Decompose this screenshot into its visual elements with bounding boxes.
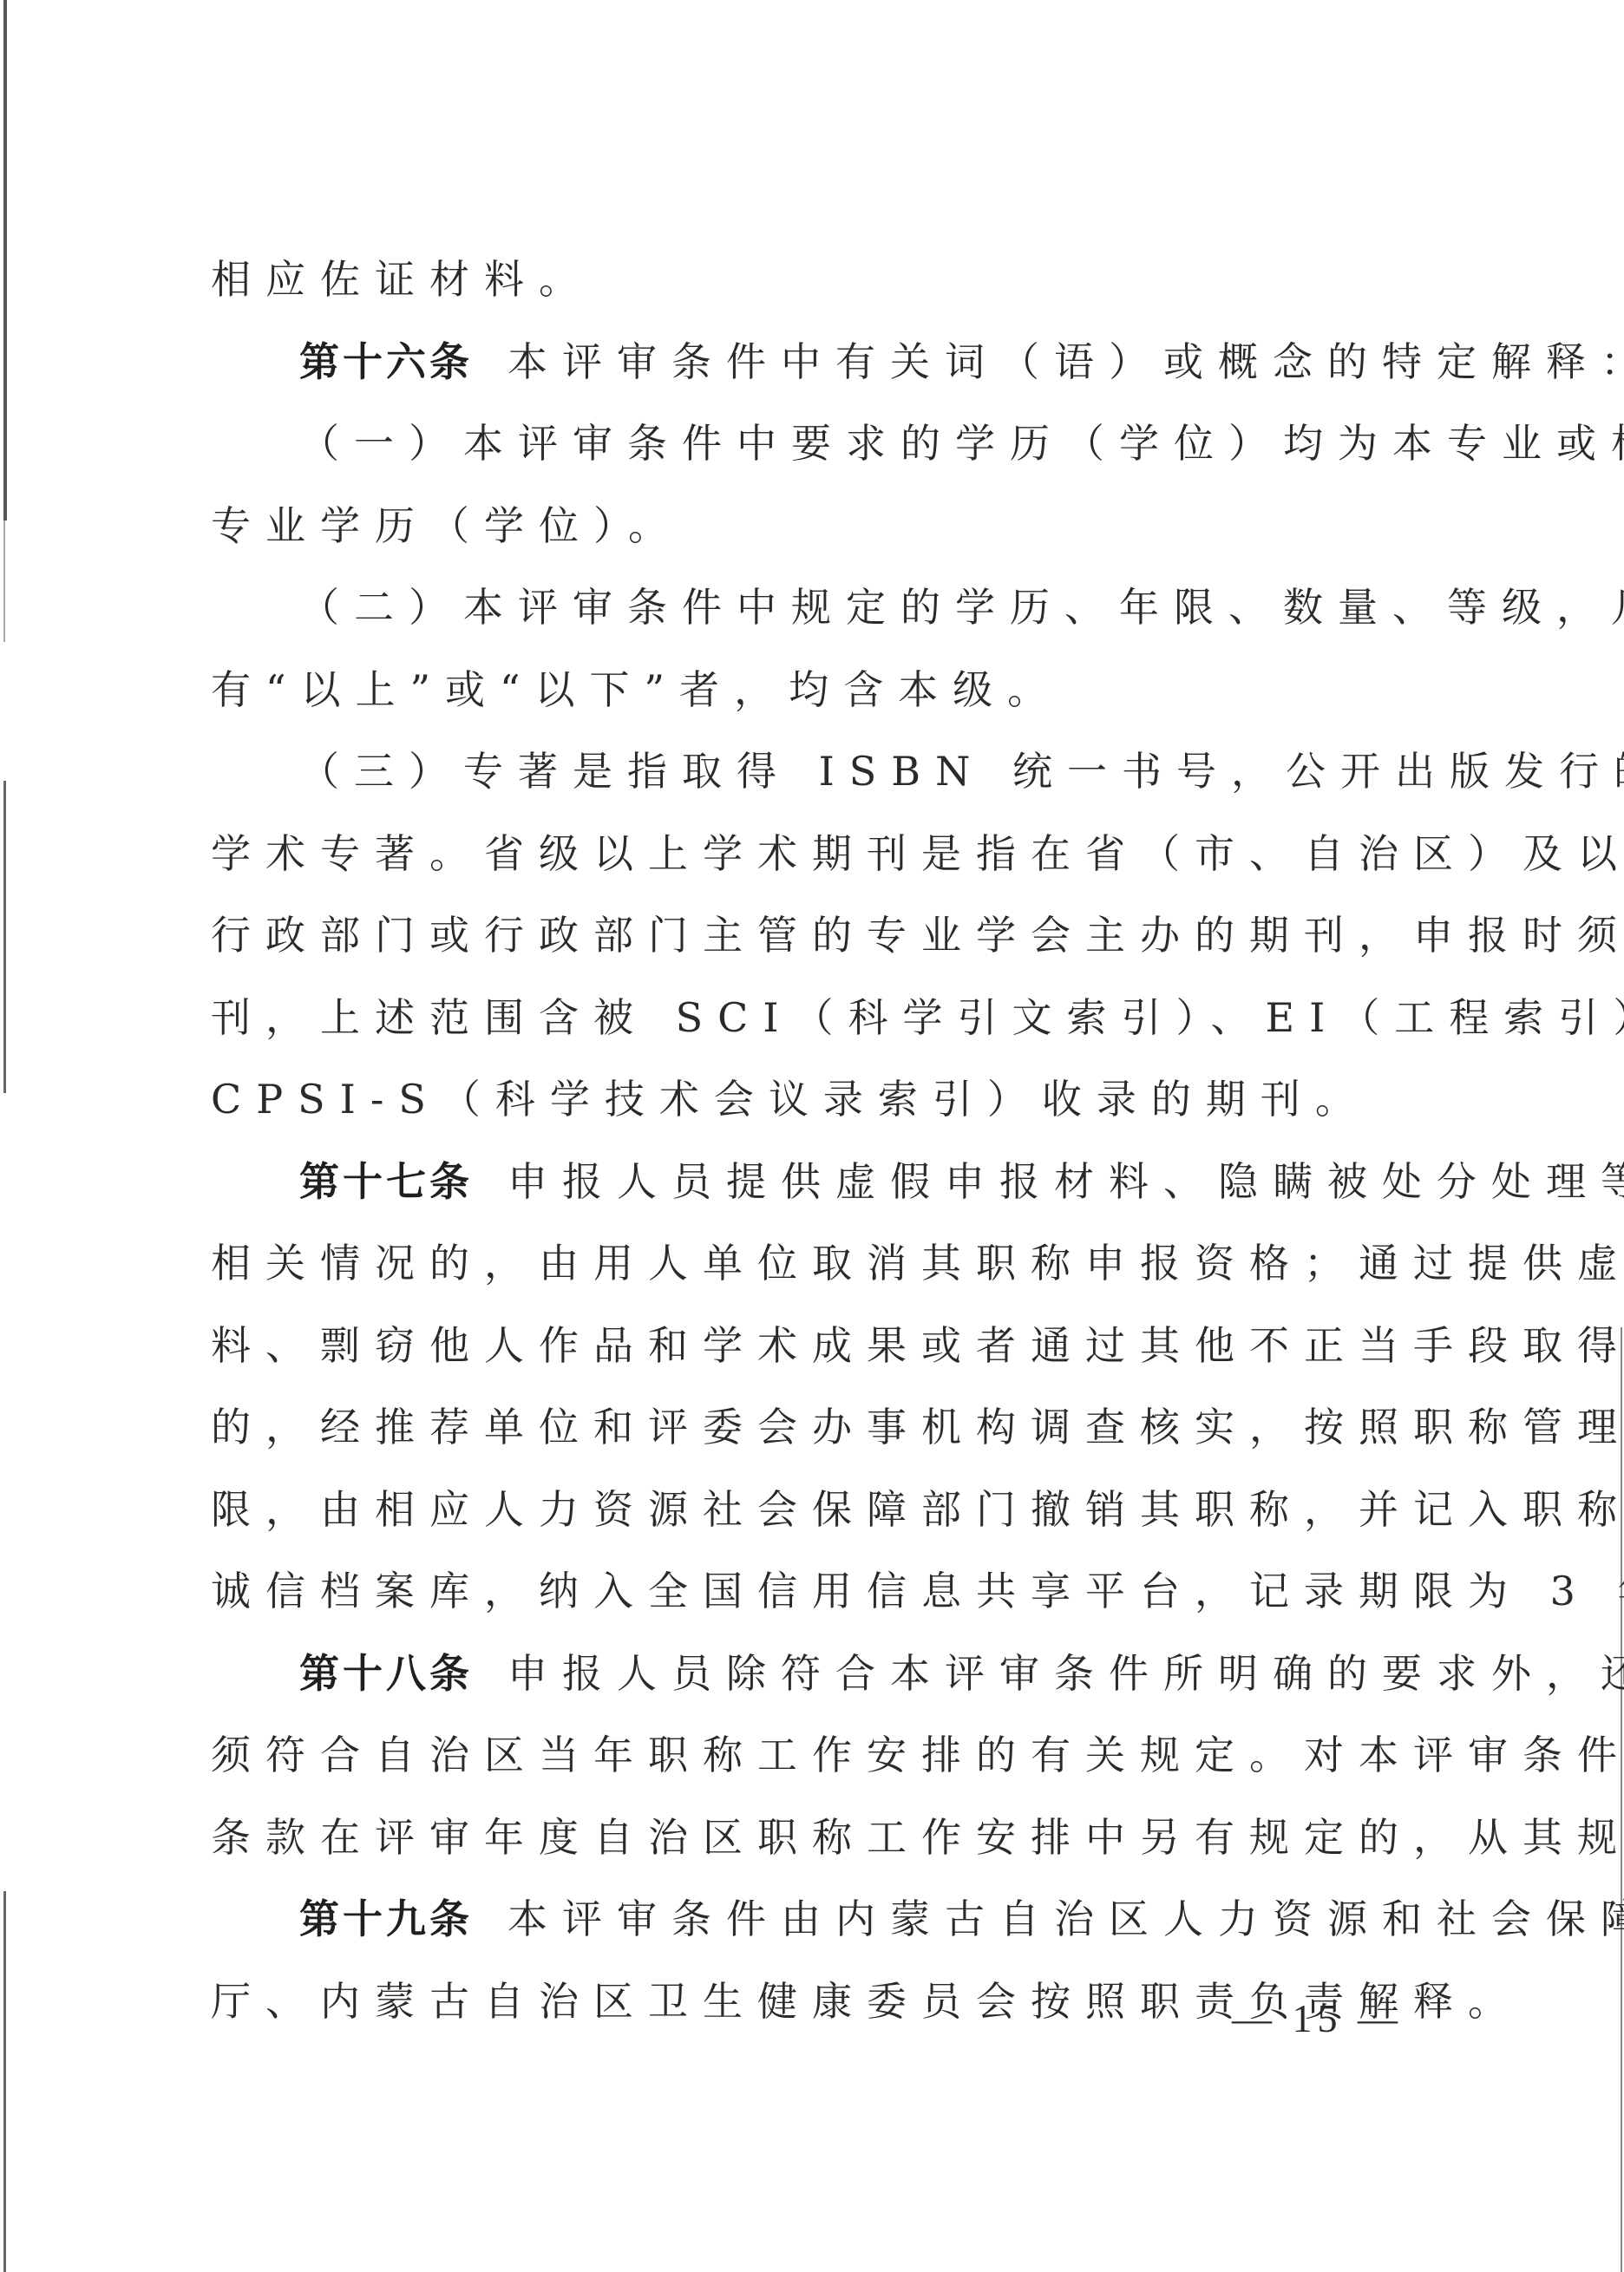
text-line: （三）专著是指取得 ISBN 统一书号，公开出版发行的专业 [211,743,1412,826]
line-text: 条款在评审年度自治区职称工作安排中另有规定的，从其规定。 [211,1814,1624,1861]
line-text: 申报人员除符合本评审条件所明确的要求外，还 [507,1650,1624,1697]
article-title: 第十八条 [299,1650,473,1697]
article-title: 第十七条 [299,1158,473,1205]
line-text: CPSI-S（科学技术会议录索引）收录的期刊。 [211,1076,1370,1123]
line-text: 相应佐证材料。 [211,256,593,303]
text-line: 行政部门或行政部门主管的专业学会主办的期刊，申报时须见 [211,907,1412,990]
text-line: 条款在评审年度自治区职称工作安排中另有规定的，从其规定。 [211,1810,1412,1892]
article-heading-line: 第十八条申报人员除符合本评审条件所明确的要求外，还 [211,1646,1412,1728]
line-text: （一）本评审条件中要求的学历（学位）均为本专业或相关 [299,420,1624,467]
article-heading-line: 第十九条本评审条件由内蒙古自治区人力资源和社会保障 [211,1891,1412,1974]
line-text: 的，经推荐单位和评委会办事机构调查核实，按照职称管理权 [211,1404,1624,1450]
line-text: 须符合自治区当年职称工作安排的有关规定。对本评审条件相关 [211,1732,1624,1778]
text-line: 学术专著。省级以上学术期刊是指在省（市、自治区）及以上 [211,826,1412,908]
line-text: 有“以上”或“以下”者，均含本级。 [211,666,1062,713]
line-text: 料、剽窃他人作品和学术成果或者通过其他不正当手段取得职称 [211,1322,1624,1369]
line-text: 本评审条件由内蒙古自治区人力资源和社会保障 [507,1896,1624,1942]
text-line: CPSI-S（科学技术会议录索引）收录的期刊。 [211,1071,1412,1154]
text-line: 限，由相应人力资源社会保障部门撤销其职称，并记入职称评审 [211,1482,1412,1564]
scan-edge-mark [1621,1327,1622,2272]
line-text: （二）本评审条件中规定的学历、年限、数量、等级，凡冠 [299,584,1624,631]
line-text: 限，由相应人力资源社会保障部门撤销其职称，并记入职称评审 [211,1486,1624,1533]
line-text: 刊，上述范围含被 SCI（科学引文索引）、EI（工程索引）、 [211,994,1624,1041]
line-text: 相关情况的，由用人单位取消其职称申报资格；通过提供虚假材 [211,1240,1624,1287]
text-line: 的，经推荐单位和评委会办事机构调查核实，按照职称管理权 [211,1399,1412,1482]
text-line: （二）本评审条件中规定的学历、年限、数量、等级，凡冠 [211,579,1412,662]
text-line: 相应佐证材料。 [211,252,1412,334]
text-line: 料、剽窃他人作品和学术成果或者通过其他不正当手段取得职称 [211,1318,1412,1400]
line-text: 行政部门或行政部门主管的专业学会主办的期刊，申报时须见 [211,912,1624,959]
scan-edge-mark [3,1891,6,2272]
line-text: 学术专著。省级以上学术期刊是指在省（市、自治区）及以上 [211,830,1624,877]
document-page: 相应佐证材料。第十六条本评审条件中有关词（语）或概念的特定解释：（一）本评审条件… [211,252,1412,2055]
text-line: 刊，上述范围含被 SCI（科学引文索引）、EI（工程索引）、 [211,990,1412,1072]
article-heading-line: 第十六条本评审条件中有关词（语）或概念的特定解释： [211,334,1412,416]
line-text: 本评审条件中有关词（语）或概念的特定解释： [507,338,1624,385]
page-number: — 15 — [1232,1995,1403,2041]
scan-edge-mark [3,781,6,1093]
text-line: 相关情况的，由用人单位取消其职称申报资格；通过提供虚假材 [211,1235,1412,1318]
text-line: 专业学历（学位）。 [211,498,1412,580]
text-line: 有“以上”或“以下”者，均含本级。 [211,662,1412,744]
line-text: 专业学历（学位）。 [211,502,683,549]
text-line: （一）本评审条件中要求的学历（学位）均为本专业或相关 [211,416,1412,498]
line-text: （三）专著是指取得 ISBN 统一书号，公开出版发行的专业 [299,748,1624,795]
line-text: 申报人员提供虚假申报材料、隐瞒被处分处理等 [507,1158,1624,1205]
text-line: 须符合自治区当年职称工作安排的有关规定。对本评审条件相关 [211,1727,1412,1810]
text-line: 诚信档案库，纳入全国信用信息共享平台，记录期限为 3 年。 [211,1563,1412,1646]
line-text: 诚信档案库，纳入全国信用信息共享平台，记录期限为 3 年。 [211,1568,1624,1614]
scan-edge-mark [3,521,5,642]
scan-edge-mark [3,0,7,521]
article-heading-line: 第十七条申报人员提供虚假申报材料、隐瞒被处分处理等 [211,1154,1412,1236]
article-title: 第十六条 [299,338,473,385]
article-title: 第十九条 [299,1896,473,1942]
